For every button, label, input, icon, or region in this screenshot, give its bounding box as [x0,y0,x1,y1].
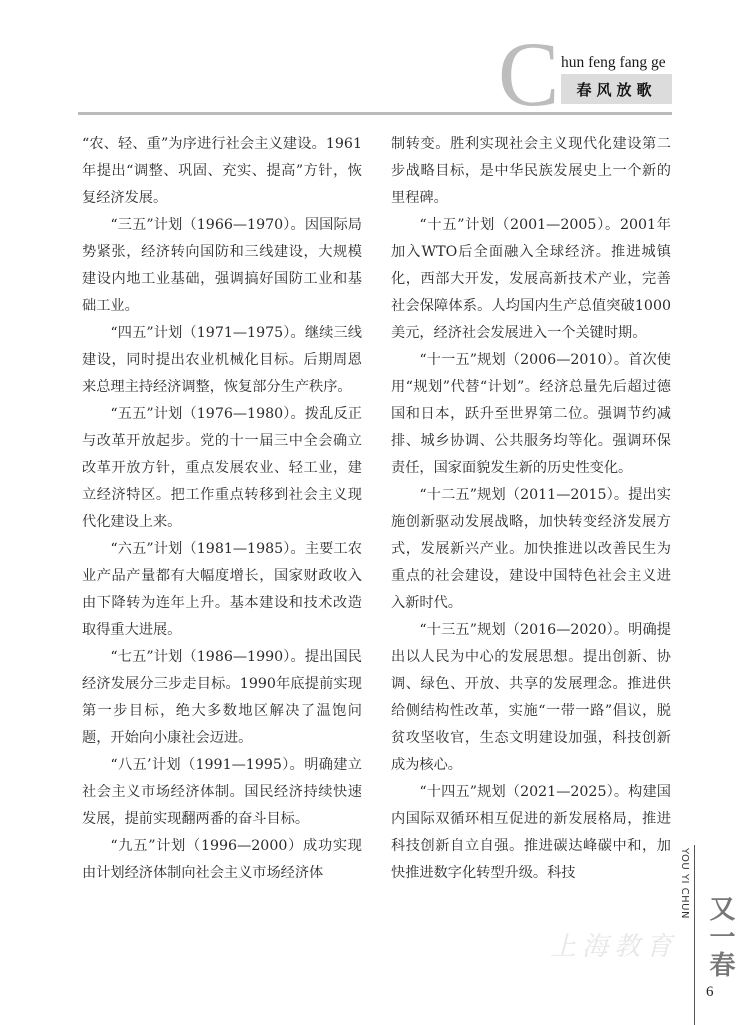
paragraph: “六五”计划（1981—1985）。主要工农业产品产量都有大幅度增长，国家财政收… [82,536,362,644]
paragraph: “农、轻、重”为序进行社会主义建设。1961年提出“调整、巩固、充实、提高”方针… [82,131,362,212]
sidebar-divider [694,845,695,1025]
header-divider [78,112,672,115]
page-header: C hun feng fang ge 春风放歌 [0,0,750,120]
paragraph: 制转变。胜利实现社会主义现代化建设第二步战略目标，是中华民族发展史上一个新的里程… [391,131,671,212]
section-initial-letter: C [498,28,559,120]
paragraph: “十四五”规划（2021—2025）。构建国内国际双循环相互促进的新发展格局，推… [391,779,671,887]
paragraph: “十二五”规划（2011—2015）。提出实施创新驱动发展战略，加快转变经济发展… [391,482,671,617]
paragraph: “九五”计划（1996—2000）成功实现由计划经济体制向社会主义市场经济体 [82,833,362,887]
page-number: 6 [706,984,714,1001]
paragraph: “三五”计划（1966—1970）。因国际局势紧张，经济转向国防和三线建设，大规… [82,212,362,320]
watermark: 上海教育 [550,926,678,963]
section-pinyin: hun feng fang ge [561,54,666,72]
section-title: 春风放歌 [561,74,672,104]
paragraph: “十一五”规划（2006—2010）。首次使用“规划”代替“计划”。经济总量先后… [391,347,671,482]
sidebar-pinyin: YOU YI CHUN [679,848,690,919]
paragraph: “七五”计划（1986—1990）。提出国民经济发展分三步走目标。1990年底提… [82,644,362,752]
paragraph: “八五’计划（1991—1995）。明确建立社会主义市场经济体制。国民经济持续快… [82,752,362,833]
text-column-left: “农、轻、重”为序进行社会主义建设。1961年提出“调整、巩固、充实、提高”方针… [82,131,362,887]
paragraph: “十三五”规划（2016—2020）。明确提出以人民为中心的发展思想。提出创新、… [391,617,671,779]
paragraph: “十五”计划（2001—2005）。2001年加入WTO后全面融入全球经济。推进… [391,212,671,347]
sidebar-column-title: 又一春 [700,895,740,979]
paragraph: “四五”计划（1971—1975）。继续三线建设，同时提出农业机械化目标。后期周… [82,320,362,401]
paragraph: “五五”计划（1976—1980）。拨乱反正与改革开放起步。党的十一届三中全会确… [82,401,362,536]
text-column-right: 制转变。胜利实现社会主义现代化建设第二步战略目标，是中华民族发展史上一个新的里程… [391,131,671,887]
